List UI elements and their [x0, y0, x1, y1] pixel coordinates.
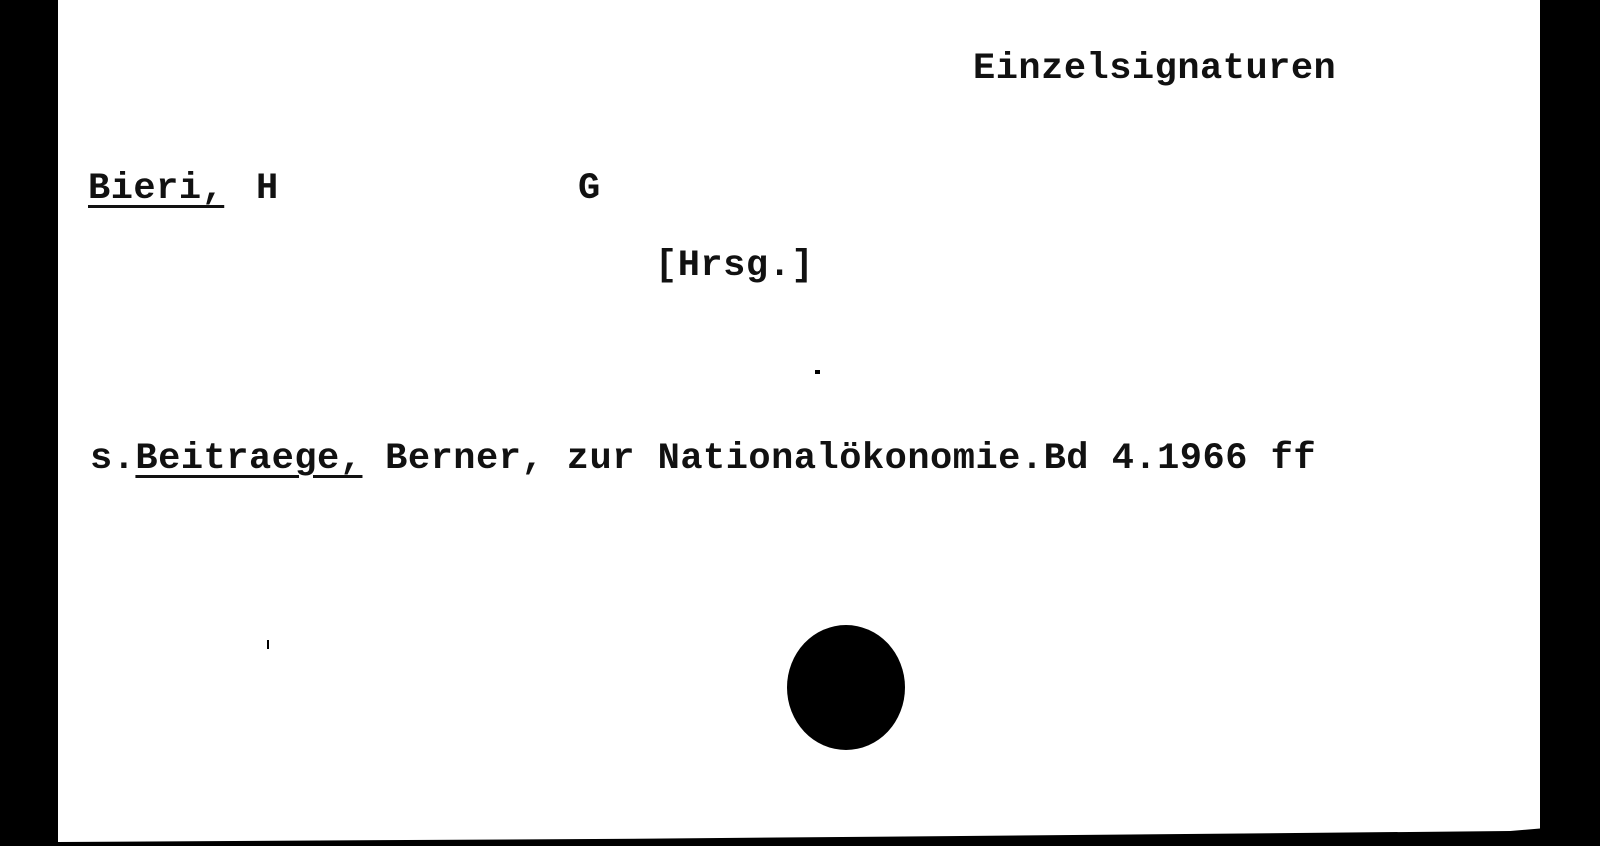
reference-prefix: s. [90, 438, 135, 480]
ink-speck [267, 640, 269, 649]
header-label: Einzelsignaturen [973, 48, 1336, 90]
role-label: [Hrsg.] [655, 245, 814, 287]
reference-rest: Berner, zur Nationalökonomie.Bd 4.1966 f… [362, 438, 1316, 480]
author-initial: H [256, 168, 279, 210]
reference-series-head: Beitraege, [135, 438, 362, 480]
reference-line: s.Beitraege, Berner, zur Nationalökonomi… [90, 438, 1316, 480]
author-surname: Bieri, [88, 168, 224, 210]
catalog-card: Einzelsignaturen Bieri, H G [Hrsg.] s.Be… [58, 0, 1540, 842]
punch-hole [787, 625, 905, 750]
author-second-initial: G [578, 168, 601, 210]
ink-speck [815, 370, 820, 374]
